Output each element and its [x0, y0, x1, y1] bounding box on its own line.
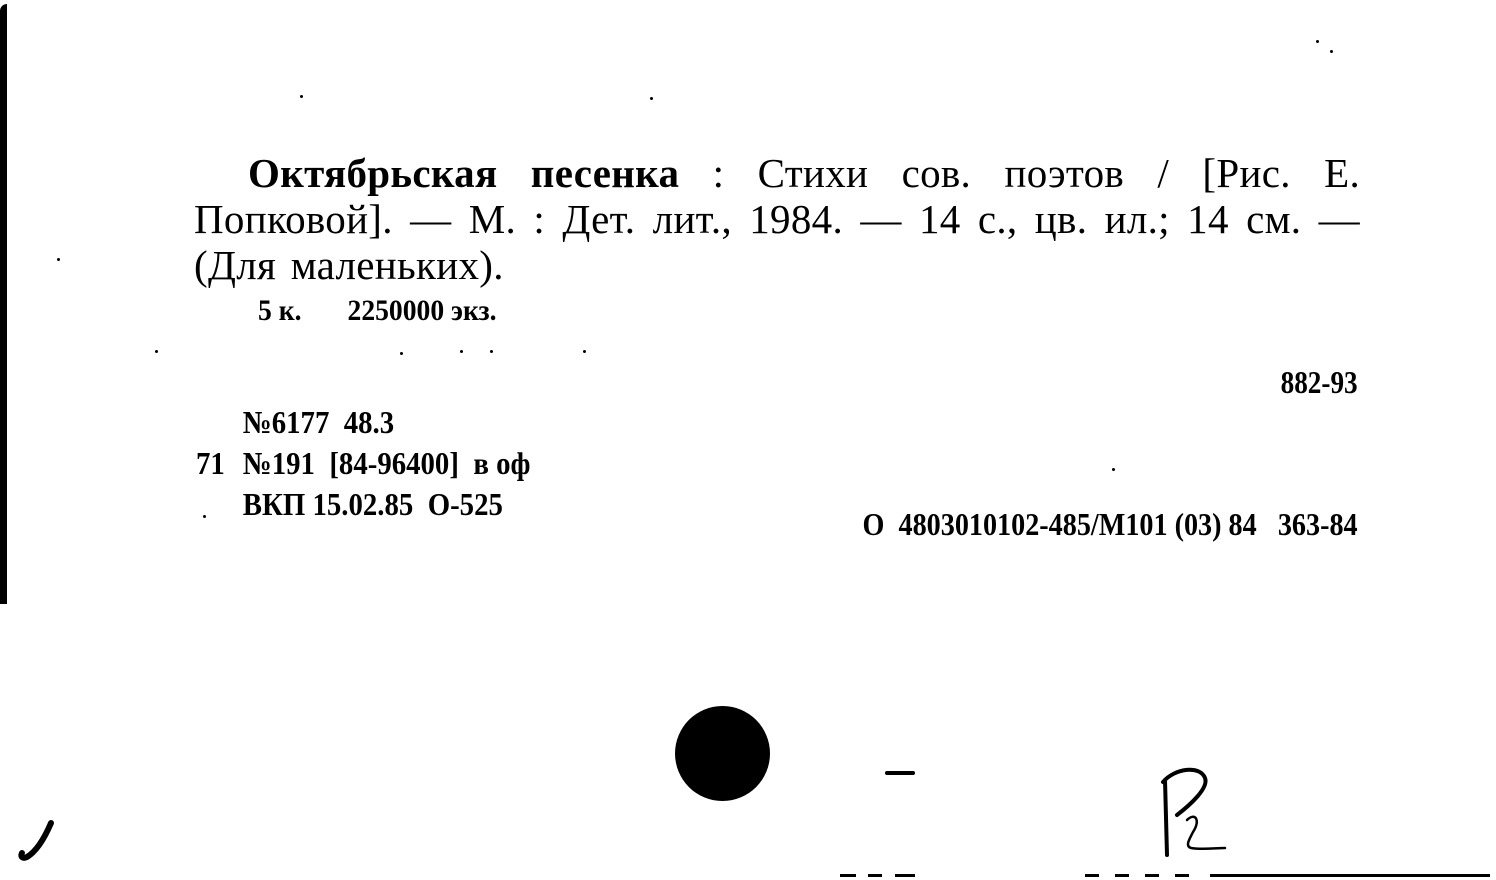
speck: [1112, 468, 1115, 471]
speck: [57, 258, 60, 261]
speck: [155, 350, 158, 353]
speck: [1316, 40, 1319, 43]
print-info-line-3: ВКП 15.02.85 О-525: [196, 484, 530, 525]
price: 5 к.: [258, 294, 302, 327]
punch-hole: [675, 706, 770, 801]
print-info: №6177 48.3 71№191 [84-96400] в оф ВКП 15…: [196, 402, 568, 525]
bottom-dashed-rule: [840, 874, 1490, 877]
handwritten-mark-icon: [1155, 760, 1245, 860]
speck: [400, 352, 403, 355]
price-and-print-run: 5 к.2250000 экз.: [258, 294, 496, 328]
speck: [203, 515, 206, 518]
bibliographic-entry: Октябрьская песенка : Стихи сов. поэтов …: [194, 150, 1360, 288]
check-mark-icon: [15, 815, 60, 865]
speck: [460, 350, 463, 353]
card-left-edge: [0, 4, 7, 604]
speck: [490, 350, 493, 353]
speck: [583, 350, 586, 353]
entry-title: Октябрьская песенка: [248, 150, 679, 196]
speck: [300, 95, 303, 98]
print-info-line-1: №6177 48.3: [196, 402, 530, 443]
catalog-card: Октябрьская песенка : Стихи сов. поэтов …: [0, 0, 1496, 880]
print-run: 2250000 экз.: [348, 294, 497, 327]
speck: [650, 97, 653, 100]
print-info-line-2: 71№191 [84-96400] в оф: [196, 443, 530, 484]
classification-code: 882-93: [1281, 364, 1358, 401]
isbn-code-line: О 4803010102-485/М101 (03) 84 363-84: [863, 506, 1358, 543]
speck: [1330, 50, 1333, 53]
dash-mark: [885, 771, 915, 775]
